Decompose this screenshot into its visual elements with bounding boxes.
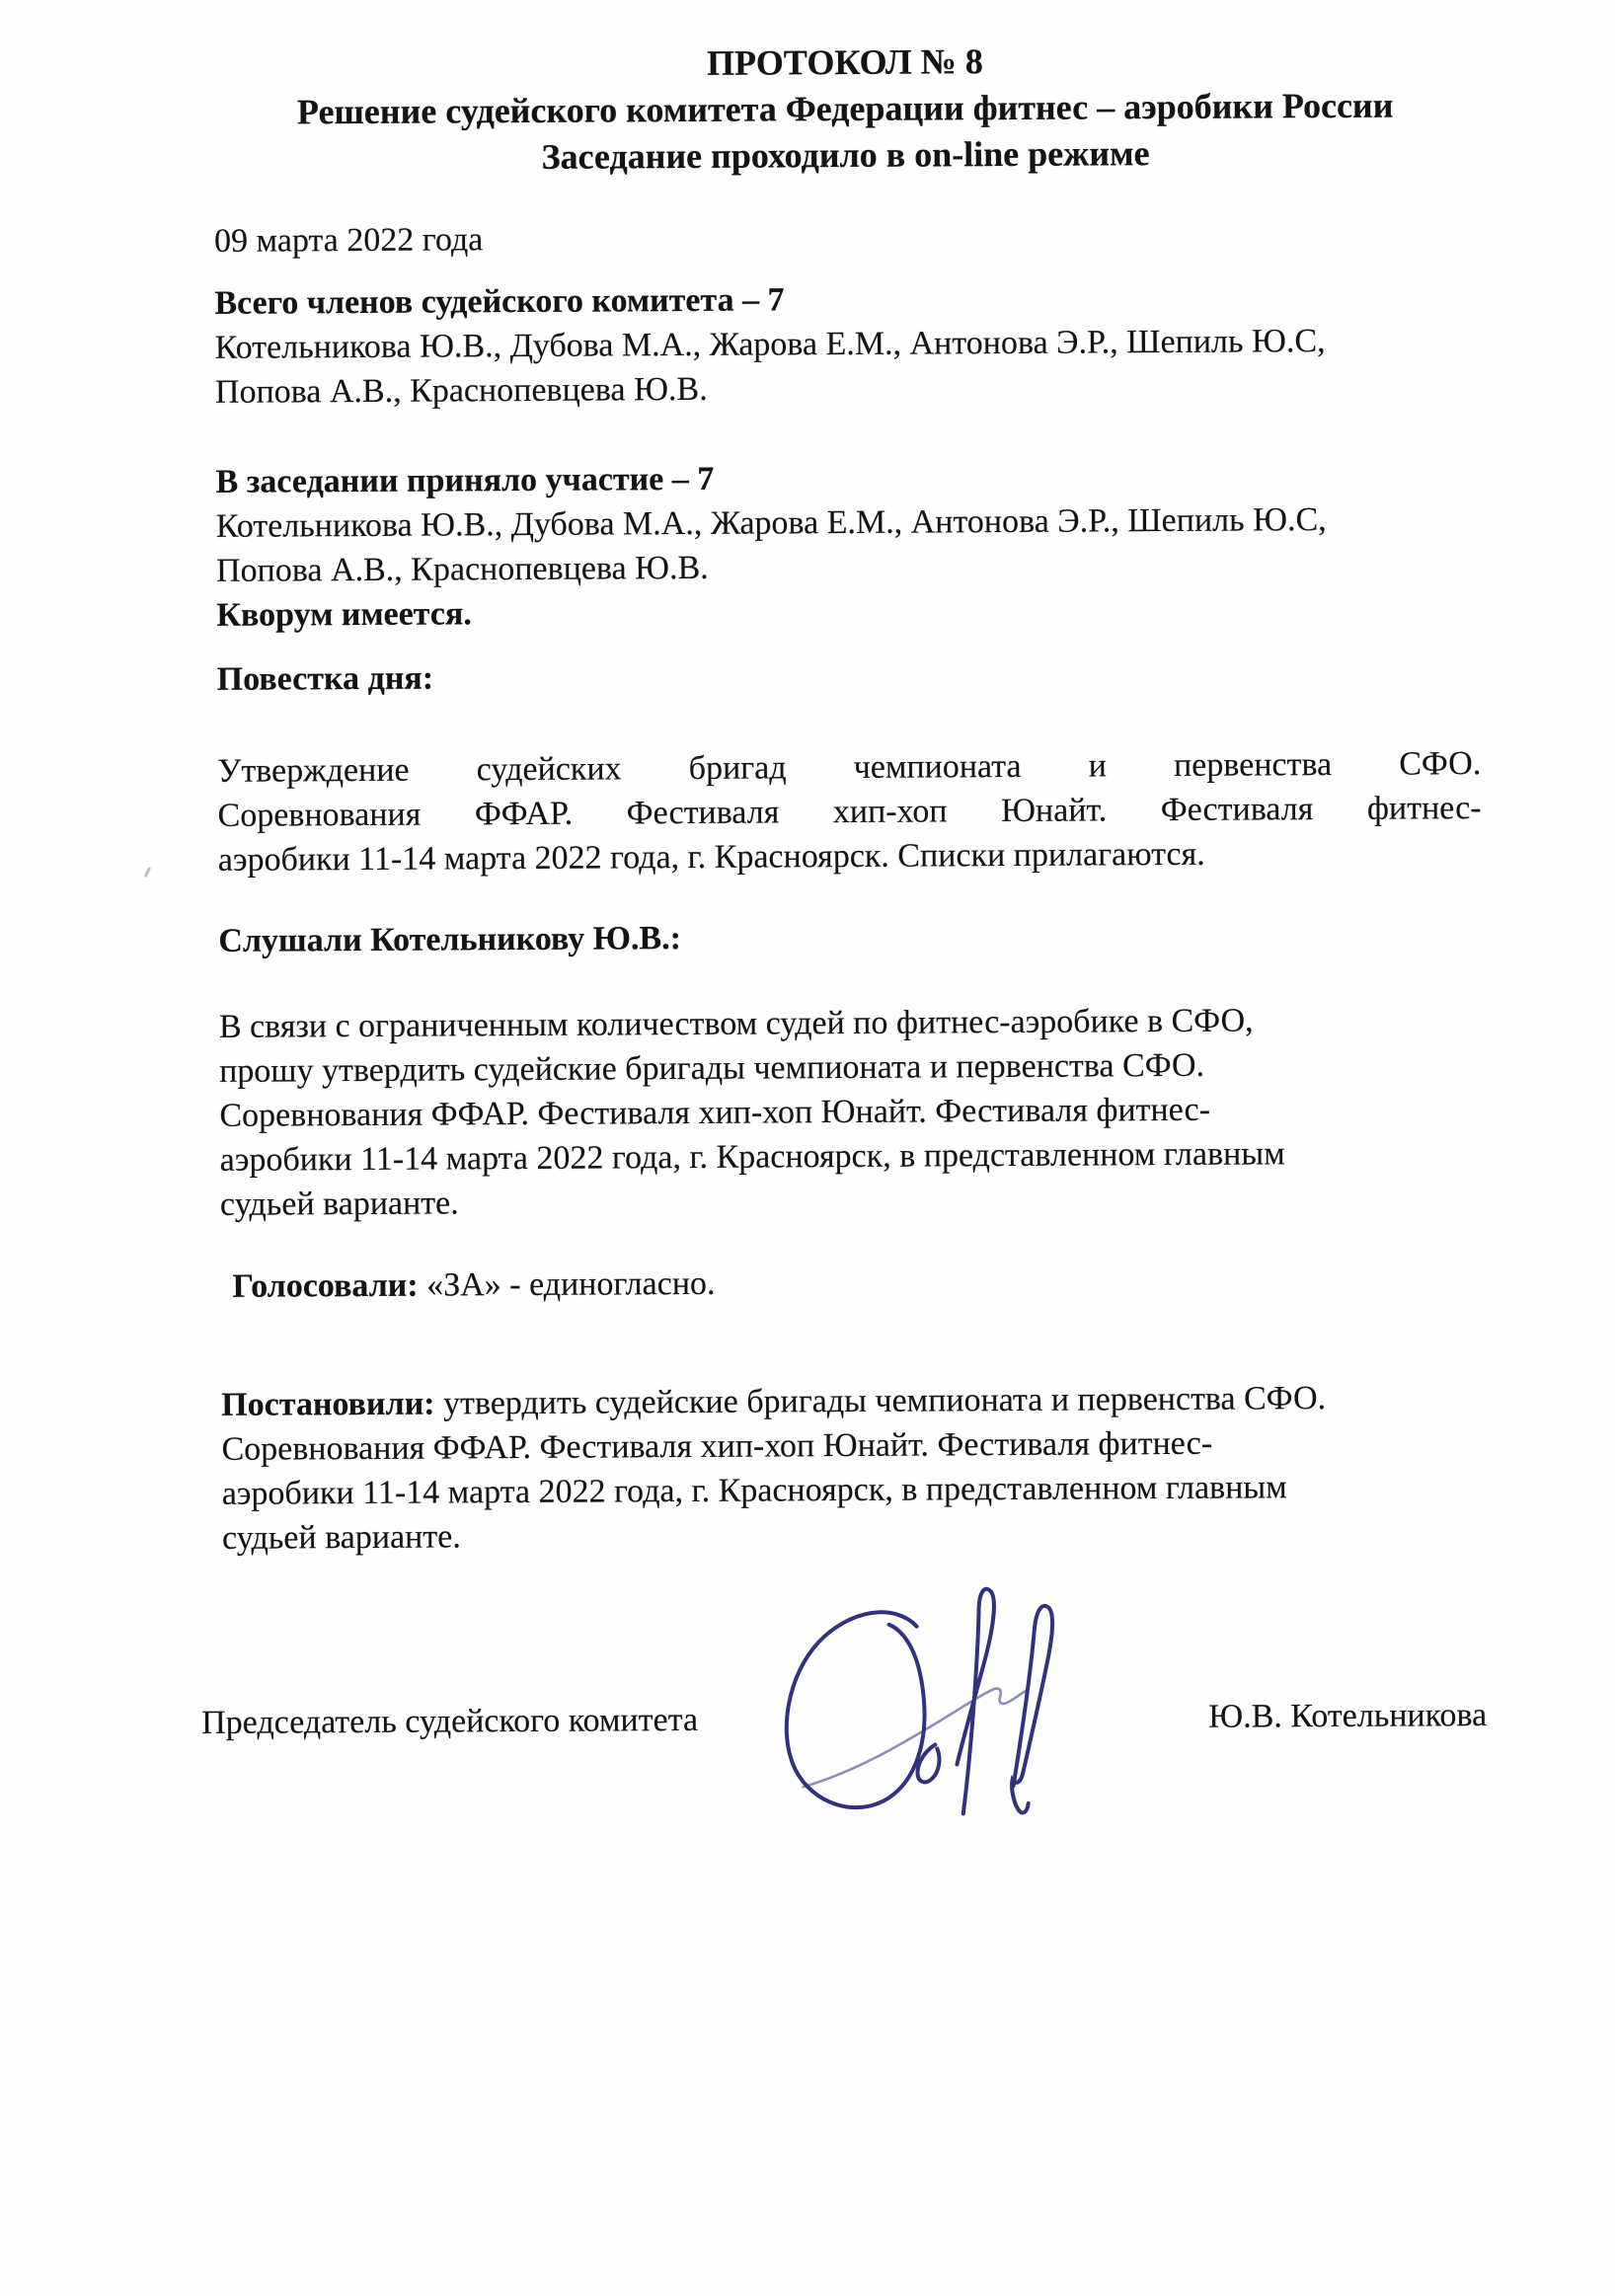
- resolution-label: Постановили:: [221, 1386, 435, 1423]
- resolution-line1-rest: утвердить судейские бригады чемпионата и…: [434, 1380, 1326, 1422]
- agenda-paragraph-line1: Утверждение судейских бригад чемпионата …: [217, 741, 1481, 794]
- participation-names-line1: Котельникова Ю.В., Дубова М.А., Жарова Е…: [216, 497, 1480, 549]
- signature-row: Председатель судейского комитета Ю.В. Ко…: [201, 1693, 1487, 1745]
- scan-speck-artifact: [144, 867, 151, 878]
- voting-label: Голосовали:: [232, 1267, 418, 1305]
- protocol-subtitle: Решение судейского комитета Федерации фи…: [213, 82, 1477, 136]
- protocol-meeting-mode: Заседание проходило в on-line режиме: [213, 128, 1477, 183]
- participation-names-line2: Попова А.В., Краснопевцева Ю.В.: [216, 541, 1480, 593]
- agenda-paragraph-line3: аэробики 11-14 марта 2022 года, г. Красн…: [218, 830, 1482, 882]
- resolution-line4: судьей варианте.: [222, 1508, 1486, 1561]
- heard-paragraph-line2: прошу утвердить судейские бригады чемпио…: [219, 1041, 1483, 1094]
- heard-heading: Слушали Котельникову Ю.В.:: [218, 911, 1482, 963]
- agenda-heading: Повестка дня:: [217, 650, 1481, 702]
- document-content: ПРОТОКОЛ № 8 Решение судейского комитета…: [213, 36, 1488, 1745]
- committee-names-line1: Котельникова Ю.В., Дубова М.А., Жарова Е…: [215, 318, 1479, 370]
- protocol-date: 09 марта 2022 года: [214, 211, 1478, 264]
- committee-names-line2: Попова А.В., Краснопевцева Ю.В.: [215, 362, 1479, 415]
- heard-paragraph-line4: аэробики 11-14 марта 2022 года, г. Красн…: [220, 1130, 1484, 1183]
- participation-heading: В заседании приняло участие – 7: [215, 452, 1479, 504]
- voting-result: «ЗА» - единогласно.: [419, 1265, 716, 1304]
- resolution-line2: Соревнования ФФАР. Фестиваля хип-хоп Юна…: [221, 1419, 1485, 1472]
- agenda-paragraph-line2: Соревнования ФФАР. Фестиваля хип-хоп Юна…: [217, 786, 1481, 838]
- resolution-line1: Постановили: утвердить судейские бригады…: [221, 1375, 1485, 1427]
- committee-total-heading: Всего членов судейского комитета – 7: [214, 273, 1478, 326]
- signatory-position-label: Председатель судейского комитета: [201, 1698, 698, 1745]
- resolution-line3: аэробики 11-14 марта 2022 года, г. Красн…: [222, 1464, 1486, 1516]
- quorum-statement: Кворум имеется.: [216, 585, 1480, 638]
- heard-paragraph-line1: В связи с ограниченным количеством судей…: [219, 997, 1483, 1049]
- document-page: ПРОТОКОЛ № 8 Решение судейского комитета…: [0, 0, 1615, 2296]
- heard-paragraph-line3: Соревнования ФФАР. Фестиваля хип-хоп Юна…: [219, 1086, 1483, 1138]
- heard-paragraph-line5: судьей варианте.: [220, 1175, 1484, 1227]
- signatory-name: Ю.В. Котельникова: [1208, 1693, 1487, 1739]
- protocol-title: ПРОТОКОЛ № 8: [213, 36, 1477, 90]
- voting-line: Голосовали: «ЗА» - единогласно.: [220, 1257, 1484, 1309]
